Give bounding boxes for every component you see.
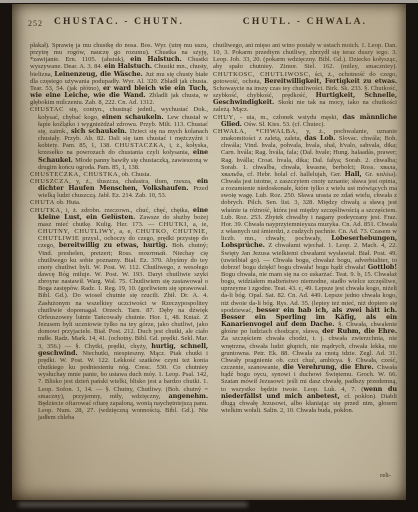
running-head-left: CHUSTAC. - CHUTN. — [30, 17, 208, 27]
dictionary-entry: CHWAŁA, *CHWALBA, y, ż., pochwalanie, uz… — [213, 128, 397, 414]
text-column-right: chutliwego, ani mięso ani wino postały w… — [213, 42, 397, 470]
dictionary-entry: CHUY, - uia, m., członek wstydu męski, d… — [213, 114, 397, 128]
photo-bottom-edge — [18, 502, 248, 507]
german-gloss: Gottlob! — [368, 263, 397, 271]
german-gloss: die Verehrung, die Ehre. — [283, 363, 377, 371]
entry-text: ob. Huta. — [55, 199, 81, 206]
book-page: 252 CHUSTAC. - CHUTN. CHUTL. - CHWALA. p… — [12, 4, 406, 500]
dictionary-entry: CHUSTECZKA, CHUSTKA, ob. Chusta. — [30, 171, 208, 178]
entry-headword: CHUTNY, CHUTLIWY — [38, 228, 114, 235]
entry-headword: CHUSTECZKA, CHUSTKA — [30, 171, 118, 178]
entry-headword: CHWAŁA, *CHWALBA — [213, 128, 296, 135]
german-gloss: bereitwillig zu etwas, hurtig. — [59, 241, 172, 249]
dictionary-entry: CHUTKA, i, ż. zdrobn. rzeczown., chuć, c… — [30, 207, 208, 422]
entry-headword: CHUTA — [30, 199, 55, 206]
dictionary-entry: CHUSTAC się, contyn., chustnąć jedntl., … — [30, 106, 208, 170]
entry-text: , ob. Chusta. — [118, 171, 151, 178]
german-gloss: Bereitwilligkeit, Fertigkeit zu etwas. — [264, 77, 397, 85]
dictionary-entry: CHUTA ob. Huta. — [30, 199, 208, 206]
entry-text: Będziecie ofiarować ofiarę zapaloną, won… — [38, 400, 208, 421]
dictionary-entry: CHUSZCZA, y, ż., tłuszcza, chałastra, tł… — [30, 178, 208, 199]
entry-text: , a, e, — [114, 228, 136, 235]
german-gloss: angenehm. — [169, 392, 208, 400]
dictionary-entry: płakał). Sprawię ja mu chustkę do nosa. … — [30, 42, 208, 106]
entry-text: chutliwego, ani mięso ani wino postały w… — [213, 42, 397, 70]
entry-text: Ośw. Sł. Kies. 53. (cf. Chuiec). — [244, 121, 325, 128]
entry-text: , - uia, m., członek wstydu męski, — [234, 114, 343, 121]
text-column-left: płakał). Sprawię ja mu chustkę do nosa. … — [30, 42, 208, 470]
dictionary-entry: chutliwego, ani mięso ani wino postały w… — [213, 42, 397, 114]
entry-headword: CHUTKI — [159, 221, 187, 228]
entry-text: Gr. καλέω). Chwała jest istotne, z zaszc… — [221, 171, 397, 242]
entry-headword: CHUSTAC — [30, 106, 64, 113]
german-gloss: der Ruhm, die Ehre. — [322, 327, 397, 335]
german-gloss: Leinenzeug, die Wäsche. — [54, 70, 145, 78]
photo-top-edge — [0, 0, 418, 3]
german-gloss: sich schaukeln. — [71, 127, 130, 135]
entry-text: , a, ie, — [187, 221, 208, 228]
german-gloss: Hall, — [345, 170, 366, 178]
catchword: reli- — [213, 472, 391, 479]
running-head-right: CHUTL. - CHWALA. — [213, 17, 397, 27]
german-gloss: einen schaukeln. — [102, 113, 167, 121]
entry-text: Boh. chutný; Vind. preshelen, pretzert; … — [38, 242, 208, 349]
german-gloss: das Lob. — [304, 134, 339, 142]
